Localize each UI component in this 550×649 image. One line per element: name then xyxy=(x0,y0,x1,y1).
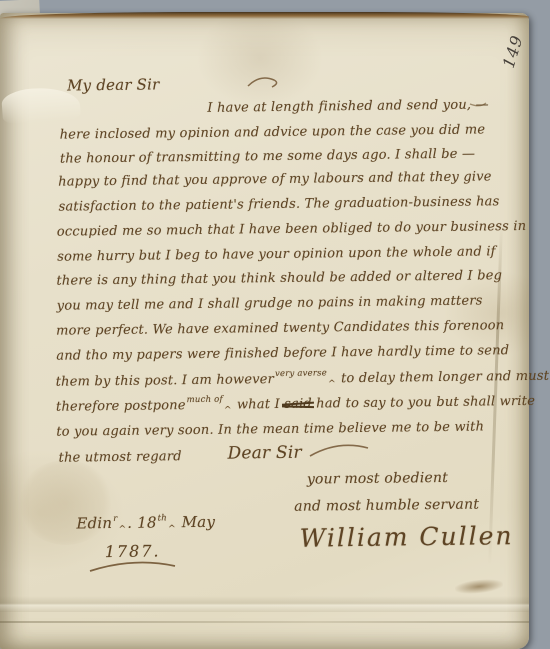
text-run: and tho my papers were finished before I… xyxy=(56,343,509,364)
text-run: Edin xyxy=(76,514,112,532)
text-run: My dear Sir xyxy=(67,75,160,94)
insertion-caret: ^ xyxy=(224,406,232,416)
text-run: you may tell me and I shall grudge no pa… xyxy=(57,293,483,313)
text-run: some hurry but I beg to have your opinio… xyxy=(57,244,496,264)
body-line: I have at length finished and send you, … xyxy=(207,97,489,115)
valediction-line: your most obedient xyxy=(307,470,448,488)
text-run: to you again very soon. In the mean time… xyxy=(56,419,484,439)
text-run: your most obedient xyxy=(307,470,448,488)
signature: William Cullen xyxy=(299,521,513,553)
insertion-caret: ^ xyxy=(119,525,127,535)
text-run: more perfect. We have examined twenty Ca… xyxy=(56,318,504,338)
text-run: William Cullen xyxy=(299,521,513,553)
body-line: more perfect. We have examined twenty Ca… xyxy=(56,318,504,338)
letter-text: My dear SirI have at length finished and… xyxy=(0,0,550,649)
body-line: them by this post. I am howeververy aver… xyxy=(56,369,550,390)
body-line: here inclosed my opinion and advice upon… xyxy=(60,122,486,142)
closing-salute: Dear Sir xyxy=(227,443,301,464)
text-run: them by this post. I am however xyxy=(56,372,275,390)
body-line: the utmost regard xyxy=(59,449,182,466)
text-run: there is any thing that you think should… xyxy=(56,268,502,288)
interlinear-insertion: r xyxy=(113,514,117,524)
text-run: I have at length finished and send you, … xyxy=(207,97,489,115)
body-line: you may tell me and I shall grudge no pa… xyxy=(57,293,483,313)
text-run: May xyxy=(177,513,216,531)
text-run: the utmost regard xyxy=(59,449,182,466)
body-line: happy to find that you approve of my lab… xyxy=(58,169,492,189)
interlinear-insertion: th xyxy=(158,513,167,523)
text-run: what I xyxy=(233,397,285,413)
salutation-line: My dear Sir xyxy=(67,75,160,94)
body-line: occupied me so much that I have been obl… xyxy=(57,219,527,240)
text-run: had to say to you but shall write xyxy=(312,394,535,412)
valediction-line: and most humble servant xyxy=(294,497,479,515)
text-run: to delay them longer and must xyxy=(337,369,550,387)
interlinear-insertion: much of xyxy=(187,395,223,405)
body-line: and tho my papers were finished before I… xyxy=(56,343,509,364)
text-run: happy to find that you approve of my lab… xyxy=(58,169,492,189)
text-run: . 18 xyxy=(127,513,157,531)
interlinear-insertion: very averse xyxy=(275,368,327,379)
year-line: 1787. xyxy=(105,541,161,561)
insertion-caret: ^ xyxy=(328,379,336,389)
body-line: to you again very soon. In the mean time… xyxy=(56,419,484,439)
body-line: some hurry but I beg to have your opinio… xyxy=(57,244,496,264)
dateline: Edinr^. 18th^ May xyxy=(76,513,215,533)
text-run: the honour of transmitting to me some da… xyxy=(60,147,475,167)
text-run: and most humble servant xyxy=(294,497,479,515)
text-run: satisfaction to the patient's friends. T… xyxy=(58,194,499,214)
text-run: 1787. xyxy=(105,541,161,561)
text-run: therefore postpone xyxy=(56,398,186,415)
insertion-caret: ^ xyxy=(168,524,176,534)
text-run: occupied me so much that I have been obl… xyxy=(57,219,527,240)
body-line: therefore postponemuch of^ what I said h… xyxy=(56,394,535,415)
text-run: here inclosed my opinion and advice upon… xyxy=(60,122,486,142)
body-line: there is any thing that you think should… xyxy=(56,268,502,288)
body-line: the honour of transmitting to me some da… xyxy=(60,147,475,167)
struck-out-word: said xyxy=(284,397,312,412)
body-line: satisfaction to the patient's friends. T… xyxy=(58,194,499,214)
text-run: Dear Sir xyxy=(227,443,301,464)
